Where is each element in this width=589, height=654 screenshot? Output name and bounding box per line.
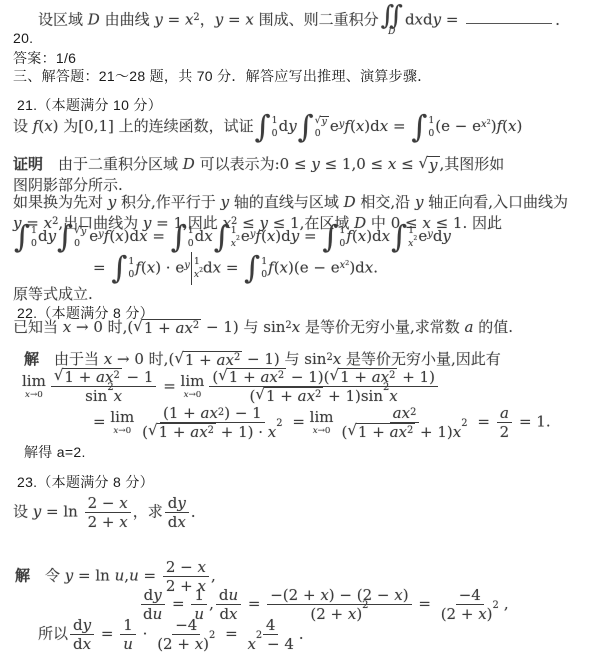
problem-21-statement: 设 f(x) 为[0,1] 上的连续函数，试证∫10dy∫√y0eyf(x)dx… <box>13 114 522 140</box>
proof-formula-1: ∫10dy∫√y0eyf(x)dx = ∫10dx∫1x2eyf(x)dy = … <box>13 224 451 250</box>
limit-line-1: limx→0√1 + ax2 − 1sin2x = limx→0(√1 + ax… <box>22 368 440 406</box>
solution-22-intro: 解 由于当 x → 0 时,(√1 + ax2 − 1) 与 sin2x 是等价… <box>24 350 501 369</box>
problem-20-answer: 答案：1/6 <box>13 48 76 68</box>
problem-23-statement: 设 y = ln 2 − x2 + x，求dydx． <box>13 494 206 531</box>
exam-solutions-page: 设区域 D 由曲线 y = x2，y = x 围成、则二重积分∬Ddxdy = … <box>0 0 589 654</box>
solution-23-line-3: 所以dydx = 1u · −4(2 + x)2 = 4x2 − 4． <box>38 616 314 653</box>
proof-formula-2: = ∫10f(x) · ey1x2dx = ∫10f(x)(e − ex2)dx… <box>93 252 378 285</box>
proof-conclusion: 原等式成立. <box>13 283 93 304</box>
solution-22-result: 解得 a=2. <box>24 442 86 462</box>
limit-line-2: = limx→0(1 + ax2) − 1(√1 + ax2 + 1) · x2… <box>93 404 551 441</box>
proof-paragraph-1: 证明 由于二重积分区域 D 可以表示为:0 ≤ y ≤ 1,0 ≤ x ≤ √y… <box>13 154 505 196</box>
problem-23-title: 23.（本题满分 8 分） <box>17 472 154 492</box>
problem-22-statement: 已知当 x → 0 时,(√1 + ax2 − 1) 与 sin2x 是等价无穷… <box>13 318 513 337</box>
problem-21-title: 21.（本题满分 10 分） <box>17 95 162 115</box>
problem-20-statement: 设区域 D 由曲线 y = x2，y = x 围成、则二重积分∬Ddxdy = … <box>38 4 570 37</box>
section-heading: 三、解答题：21～28 题，共 70 分．解答应写出推理、演算步骤． <box>13 66 432 86</box>
problem-20-number: 20. <box>13 30 33 46</box>
